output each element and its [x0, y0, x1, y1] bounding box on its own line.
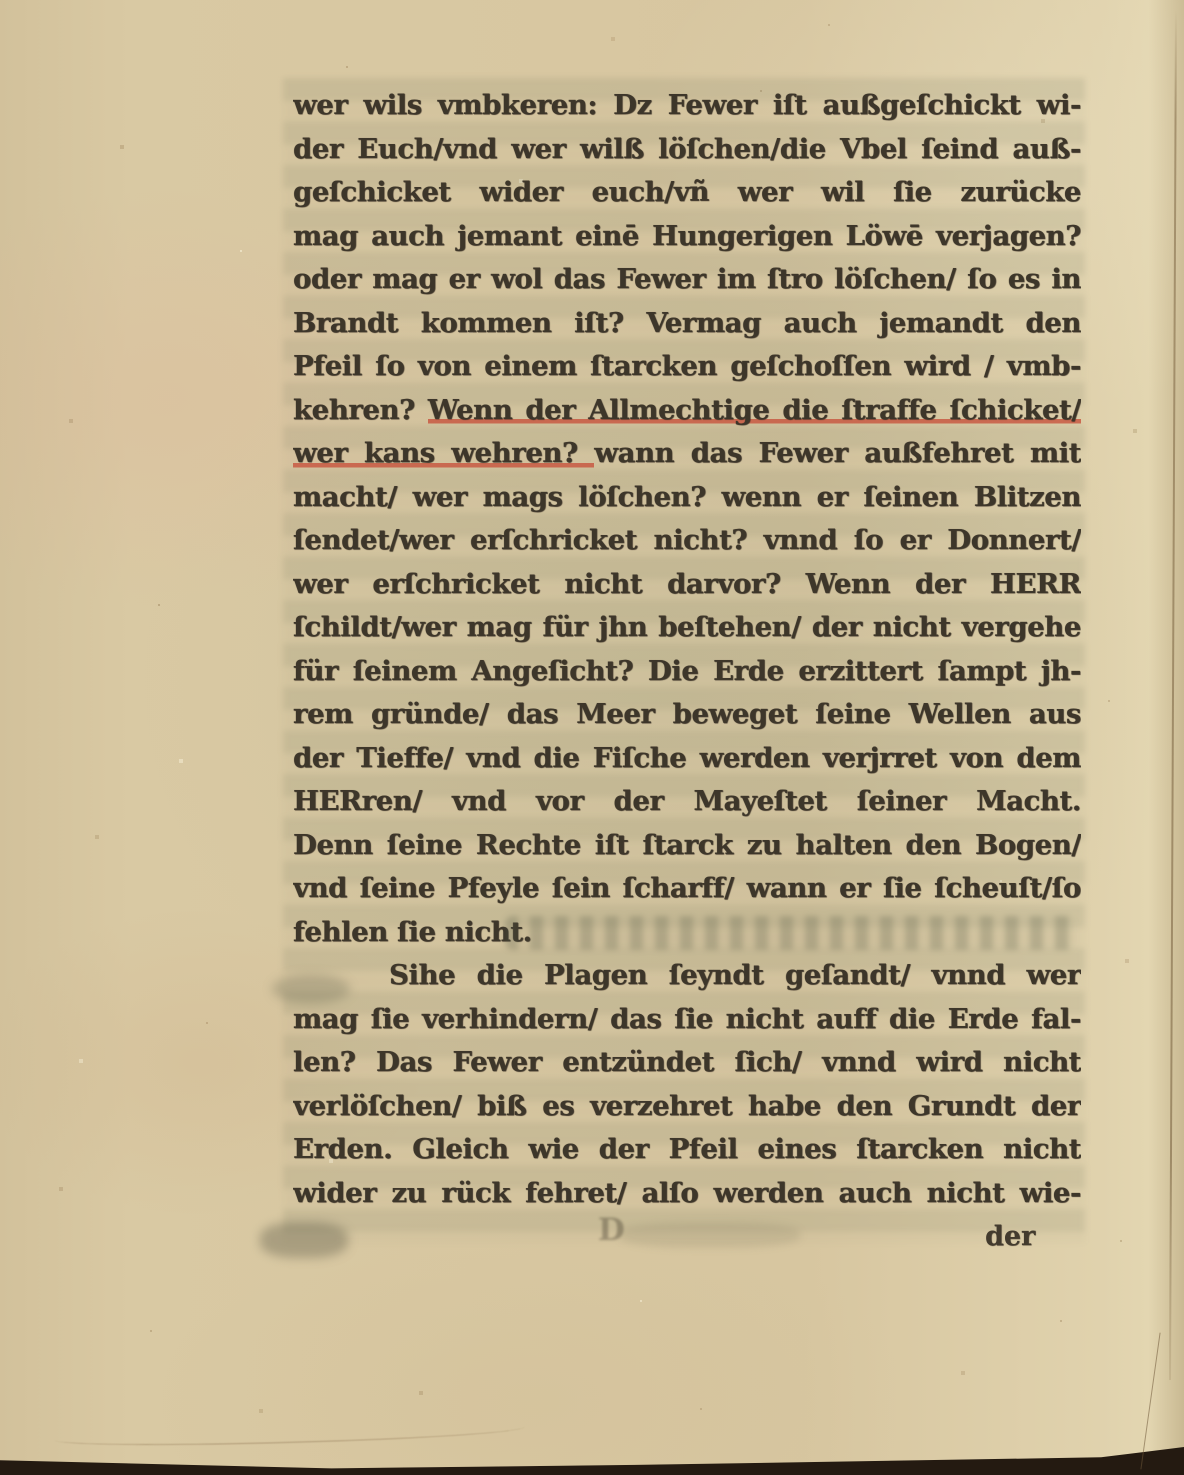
text-line: Erden. Gleich wie der Pfeil eines ſtarck… [293, 1128, 1081, 1172]
text-line: HERren/ vnd vor der Mayeſtet ſeiner Mach… [293, 780, 1081, 824]
text-line: für ſeinem Angeſicht? Die Erde erzittert… [293, 650, 1081, 694]
text-line: wider zu rück fehret/ alſo werden auch n… [293, 1172, 1081, 1216]
text-line-rubricated: kehren? Wenn der Allmechtige die ſtraffe… [293, 389, 1081, 433]
text-line: geſchicket wider euch/vñ wer wil ſie zur… [293, 171, 1081, 215]
text-line: Pfeil ſo von einem ſtarcken geſchoſſen w… [293, 345, 1081, 389]
text-line: der Euch/vnd wer wilß löſchen/die Vbel ſ… [293, 128, 1081, 172]
bleedthrough-smudge [620, 1222, 800, 1248]
line-text: mag ſie verhindern/ das ſie nicht auff d… [293, 1003, 1081, 1035]
text-line: der Tieffe/ vnd die Fiſche werden verjrr… [293, 737, 1081, 781]
bleedthrough-smudge [505, 916, 1075, 950]
line-text: der Euch/vnd wer wilß löſchen/die Vbel ſ… [293, 133, 1081, 165]
line-text: kehren? [293, 394, 428, 426]
text-line: ſendet/wer erſchricket nicht? vnnd ſo er… [293, 519, 1081, 563]
line-text: Brandt kommen iſt? Vermag auch jemandt d… [293, 307, 1081, 339]
line-text: mag auch jemant einē Hungerigen Löwē ver… [293, 220, 1081, 252]
line-text: macht/ wer mags löſchen? wenn er ſeinen … [293, 481, 1081, 513]
line-text: len? Das Fewer entzündet ſich/ vnnd wird… [293, 1046, 1081, 1078]
line-text: Sihe die Plagen ſeyndt geſandt/ vnnd wer [389, 959, 1081, 991]
line-text: wider zu rück fehret/ alſo werden auch n… [293, 1177, 1081, 1209]
line-text: fehlen ſie nicht. [293, 916, 532, 948]
line-text: wann das Fewer außfehret mit [594, 437, 1081, 469]
line-text: ſchildt/wer mag für jhn beſtehen/ der ni… [293, 611, 1081, 643]
margin-smudge [260, 1222, 348, 1258]
text-line: mag ſie verhindern/ das ſie nicht auff d… [293, 998, 1081, 1042]
line-text: oder mag er wol das Fewer im ſtro löſche… [293, 263, 1081, 295]
paper-fiber-specks [0, 0, 2, 2]
line-text: verlöſchen/ biß es verzehret habe den Gr… [293, 1090, 1081, 1122]
line-text: der Tieffe/ vnd die Fiſche werden verjrr… [293, 742, 1081, 774]
line-text: HERren/ vnd vor der Mayeſtet ſeiner Mach… [293, 785, 1081, 817]
line-text: wer wils vmbkeren: Dz Fewer iſt außgeſch… [293, 89, 1081, 121]
text-line: mag auch jemant einē Hungerigen Löwē ver… [293, 215, 1081, 259]
text-line: len? Das Fewer entzündet ſich/ vnnd wird… [293, 1041, 1081, 1085]
line-text: geſchicket wider euch/vñ wer wil ſie zur… [293, 176, 1081, 215]
line-text: wer erſchricket nicht darvor? Wenn der H… [293, 568, 1081, 600]
text-line-paragraph-start: Sihe die Plagen ſeyndt geſandt/ vnnd wer [293, 954, 1081, 998]
text-line: macht/ wer mags löſchen? wenn er ſeinen … [293, 476, 1081, 520]
line-text: Pfeil ſo von einem ſtarcken geſchoſſen w… [293, 350, 1081, 382]
text-line: Denn ſeine Rechte iſt ſtarck zu halten d… [293, 824, 1081, 868]
text-line: wer wils vmbkeren: Dz Fewer iſt außgeſch… [293, 84, 1081, 128]
line-text: rem gründe/ das Meer beweget ſeine Welle… [293, 698, 1081, 730]
line-text: ſendet/wer erſchricket nicht? vnnd ſo er… [293, 524, 1081, 556]
text-line: ſchildt/wer mag für jhn beſtehen/ der ni… [293, 606, 1081, 650]
catchword: der [985, 1221, 1035, 1252]
text-line: vnd ſeine Pfeyle ſein ſcharff/ wann er ſ… [293, 867, 1081, 911]
line-text: Denn ſeine Rechte iſt ſtarck zu halten d… [293, 829, 1081, 861]
line-text: für ſeinem Angeſicht? Die Erde erzittert… [293, 655, 1081, 687]
line-text: vnd ſeine Pfeyle ſein ſcharff/ wann er ſ… [293, 872, 1081, 904]
red-underlined-text: Wenn der Allmechtige die ſtraffe ſchicke… [428, 394, 1081, 426]
margin-smudge [272, 974, 350, 1004]
text-line: Brandt kommen iſt? Vermag auch jemandt d… [293, 302, 1081, 346]
line-text: Erden. Gleich wie der Pfeil eines ſtarck… [293, 1133, 1081, 1165]
red-underlined-text: wer kans wehren? [293, 437, 594, 469]
text-line: verlöſchen/ biß es verzehret habe den Gr… [293, 1085, 1081, 1129]
text-line: oder mag er wol das Fewer im ſtro löſche… [293, 258, 1081, 302]
scanned-book-page: wer wils vmbkeren: Dz Fewer iſt außgeſch… [0, 0, 1184, 1475]
text-line: wer erſchricket nicht darvor? Wenn der H… [293, 563, 1081, 607]
text-line: rem gründe/ das Meer beweget ſeine Welle… [293, 693, 1081, 737]
text-block: wer wils vmbkeren: Dz Fewer iſt außgeſch… [293, 84, 1081, 1215]
text-line-rubricated: wer kans wehren? wann das Fewer außfehre… [293, 432, 1081, 476]
